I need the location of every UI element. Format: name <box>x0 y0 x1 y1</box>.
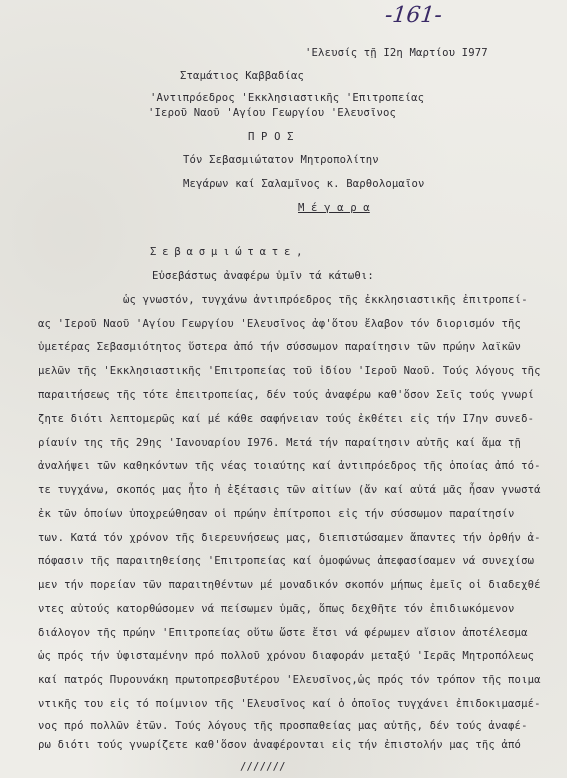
body-line: ντες αὐτούς κατορθώσομεν νά πείσωμεν ὑμᾶ… <box>38 602 515 616</box>
recipient-line-1: Τόν Σεβασμιώτατον Μητροπολίτην <box>183 153 379 167</box>
body-line: ρίαυίν της τῆς 29ης 'Ιανουαρίου Ι976. Με… <box>38 436 521 450</box>
body-line: των. Κατά τόν χρόνον τῆς διερευνήσεως μα… <box>38 531 541 545</box>
body-line: πόφασιν τῆς παραιτηθείσης 'Επιτροπείας κ… <box>38 554 534 568</box>
body-line: ρω διότι τούς γνωρίζετε καθ'ὅσον ἀναφέρο… <box>38 738 521 752</box>
continuation-marker: /////// <box>240 760 286 774</box>
body-line: διάλογον τῆς πρώην 'Επιτροπείας οὕτω ὥστ… <box>38 626 528 640</box>
sender-name: Σταμάτιος Καββαδίας <box>180 69 304 83</box>
body-line: μελῶν τῆς 'Εκκλησιαστικῆς 'Επιτροπείας τ… <box>38 364 541 378</box>
body-line: ἐκ τῶν ὁποίων ὑποχρεώθησαν οἱ πρώην ἐπίτ… <box>38 507 515 521</box>
body-line: ὡς γνωστόν, τυγχάνω ἀντιπρόεδρος τῆς ἐκκ… <box>123 293 528 307</box>
body-line: παραιτήσεως τῆς τότε ἐπειτροπείας, δέν τ… <box>38 388 534 402</box>
page-number: -161- <box>384 3 443 28</box>
body-line: ὡς πρός τήν ὑφισταμένην πρό πολλοῦ χρόνο… <box>38 649 534 663</box>
body-line: ας 'Ιεροῦ Ναοῦ 'Αγίου Γεωργίου 'Ελευσῖνο… <box>38 317 521 331</box>
sender-title: 'Αντιπρόεδρος 'Εκκλησιαστικῆς 'Επιτροπεί… <box>150 91 424 105</box>
body-line: ὑμετέρας Σεβασμιότητος ὕστερα ἀπό τήν σύ… <box>38 340 521 354</box>
body-line: ζητε διότι λεπτομερῶς καί μέ κάθε σαφήνε… <box>38 412 534 426</box>
intro-line: Εὐσεβάστως ἀναφέρω ὑμῖν τά κάτωθι: <box>152 269 374 283</box>
recipient-pros: Π Ρ Ο Σ <box>248 130 294 144</box>
body-line: τε τυγχάνω, σκοπός μας ἦτο ἡ ἐξέτασις τῶ… <box>38 483 541 497</box>
body-line: ντικῆς του εἰς τό ποίμνιον τῆς 'Ελευσῖνο… <box>38 697 541 711</box>
document-page: -161- 'Ελευσίς τῇ Ι2η Μαρτίου Ι977 Σταμά… <box>0 0 567 778</box>
body-line: καί πατρός Πυρουνάκη πρωτοπρεσβυτέρου 'Ε… <box>38 673 541 687</box>
sender-organization: 'Ιεροῦ Ναοῦ 'Αγίου Γεωργίου 'Ελευσῖνος <box>148 106 396 120</box>
body-line: νος πρό πολλῶν ἐτῶν. Τούς λόγους τῆς προ… <box>38 719 528 733</box>
date-line: 'Ελευσίς τῇ Ι2η Μαρτίου Ι977 <box>305 46 488 60</box>
salutation: Σεβασμιώτατε, <box>150 245 308 259</box>
recipient-city: Μ έ γ α ρ α <box>298 201 370 215</box>
body-line: μεν τήν πορείαν τῶν παραιτηθέντων μέ μον… <box>38 578 541 592</box>
recipient-line-2: Μεγάρων καί Σαλαμῖνος κ. Βαρθολομαῖον <box>183 177 425 191</box>
body-line: ἀναλήψει τῶν καθηκόντων τῆς νέας τοιαύτη… <box>38 459 541 473</box>
